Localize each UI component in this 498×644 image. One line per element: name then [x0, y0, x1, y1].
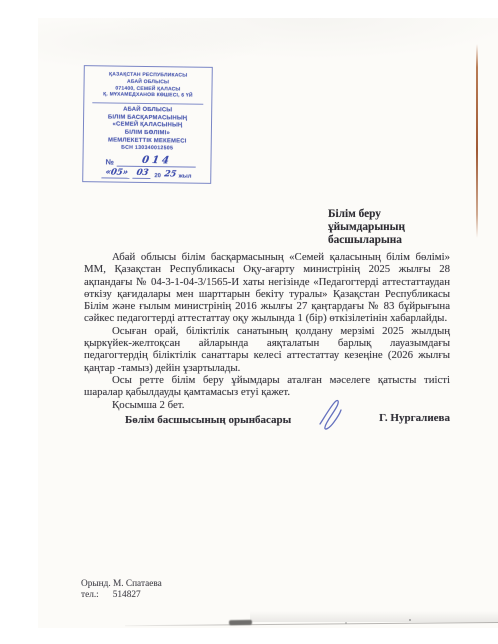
recipient-block: Білім беру ұйымдарының басшыларына: [328, 208, 458, 248]
stamp-number-label: №: [105, 158, 113, 167]
body-paragraph-1: Абай облысы білім басқармасының «Семей қ…: [84, 251, 450, 325]
stamp-street: Қ. МҰХАМЕДХАНОВ КӨШЕСІ, 6 ҮЙ: [84, 92, 211, 101]
signature-icon: [316, 398, 346, 432]
recipient-line: Білім беру ұйымдарының: [328, 208, 458, 234]
stamp-date-row: «05» 03 2025жыл: [91, 168, 202, 179]
body-paragraph-3: Осы ретте білім беру ұйымдары аталған мә…: [84, 374, 450, 399]
scan-artifact-red-line: [476, 44, 478, 238]
executor-name: Орынд. М. Спатаева: [81, 579, 162, 590]
scan-artifact-dot: [409, 619, 411, 621]
stamp-number-row: № 014: [105, 156, 196, 168]
body-paragraph-2: Осыған орай, біліктілік санатының қолдан…: [84, 325, 450, 374]
phone-number: 514827: [113, 590, 141, 600]
stamp-date-day-handwritten: «05»: [101, 169, 131, 179]
scan-artifact-page-edge-shadow: [250, 611, 498, 622]
stamp-bsn: БСН 130340012505: [84, 144, 211, 153]
signature-row: Бөлім басшысының орынбасары Г. Нургалиев…: [84, 409, 450, 439]
stamp-number-handwritten: 014: [117, 156, 197, 168]
stamp-date-month-handwritten: 03: [133, 169, 153, 179]
letter-body: Абай облысы білім басқармасының «Семей қ…: [84, 251, 450, 411]
recipient-line: басшыларына: [328, 234, 458, 247]
executor-block: Орынд. М. Спатаева тел.:514827: [81, 579, 162, 600]
scan-artifact-smudge: [229, 620, 252, 625]
scanned-letter-page: ҚАЗАҚСТАН РЕСПУБЛИКАСЫ АБАЙ ОБЛЫСЫ 07140…: [0, 0, 498, 644]
phone-label: тел.:: [81, 590, 99, 600]
scan-artifact-dot: [345, 622, 347, 624]
stamp-date-year-handwritten: 25: [163, 170, 176, 179]
official-stamp: ҚАЗАҚСТАН РЕСПУБЛИКАСЫ АБАЙ ОБЛЫСЫ 07140…: [82, 65, 213, 184]
signer-title: Бөлім басшысының орынбасары: [125, 414, 291, 426]
stamp-date-word: жыл: [179, 173, 192, 179]
executor-phone: тел.:514827: [81, 590, 162, 601]
signer-name: Г. Нургалиева: [379, 412, 450, 424]
stamp-divider: [92, 102, 203, 105]
stamp-date-year-printed: 20: [154, 173, 161, 179]
